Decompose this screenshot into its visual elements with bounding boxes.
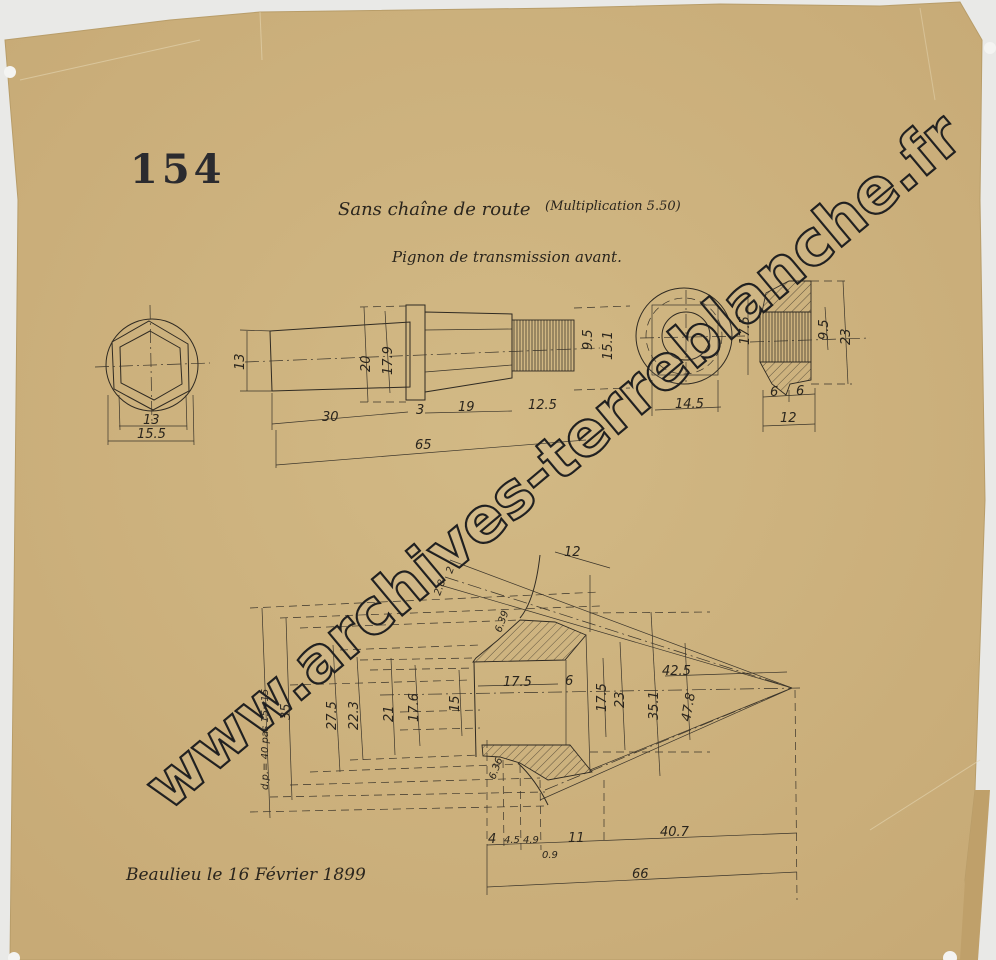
- dim-label: 13: [143, 413, 160, 428]
- signature-date: Beaulieu le 16 Février 1899: [125, 865, 366, 885]
- dim-label: 4.9: [523, 835, 539, 846]
- dim-label: 9.5: [817, 319, 832, 340]
- dim-label: 6: [770, 385, 778, 400]
- dim-label: 12.5: [528, 398, 557, 413]
- dim-label: 15.1: [601, 331, 616, 360]
- dim-label: 15: [448, 695, 463, 712]
- dim-label: 4: [488, 832, 496, 847]
- dim-label: 17.9: [381, 346, 396, 375]
- dim-label: 6: [565, 674, 573, 689]
- technical-drawing-sheet: 154 Sans chaîne de route (Multiplication…: [0, 0, 996, 960]
- dim-label: 13: [233, 353, 248, 370]
- dim-label: 17.5: [595, 683, 610, 712]
- dim-label: 65: [415, 438, 432, 453]
- dim-label: 12: [780, 411, 797, 426]
- dim-label: 30: [322, 410, 339, 425]
- drawing-title-note: (Multiplication 5.50): [545, 199, 681, 214]
- dim-label: 20: [359, 355, 374, 372]
- dim-label: 23: [613, 691, 628, 708]
- drawing-title: Sans chaîne de route: [338, 199, 531, 220]
- dim-label: 17.5: [503, 675, 532, 690]
- dim-label: 35.1: [647, 691, 662, 720]
- dim-label: 21: [382, 705, 397, 722]
- dim-label: 4.5: [504, 835, 520, 846]
- dim-label: 3: [416, 403, 424, 418]
- pin-hole: [4, 66, 16, 78]
- dim-label: 27.5: [325, 701, 340, 730]
- dim-label: 19: [458, 400, 475, 415]
- dim-label: 23: [839, 328, 854, 345]
- sheet-number: 154: [130, 146, 226, 193]
- dim-label: 11: [568, 831, 585, 846]
- dim-label: 6: [796, 384, 804, 399]
- dim-label: 9.5: [581, 329, 596, 350]
- dim-label: 66: [632, 867, 649, 882]
- pin-hole: [984, 42, 996, 54]
- dim-label: 17.6: [407, 693, 422, 722]
- dim-label: 12: [564, 545, 581, 560]
- drawing-subtitle: Pignon de transmission avant.: [391, 248, 622, 266]
- dim-label: 15.5: [137, 427, 166, 442]
- dim-label: 0.9: [542, 850, 558, 861]
- dim-label: 42.5: [662, 664, 691, 679]
- dim-label: 22.3: [347, 701, 362, 730]
- dim-label: 40.7: [660, 825, 690, 840]
